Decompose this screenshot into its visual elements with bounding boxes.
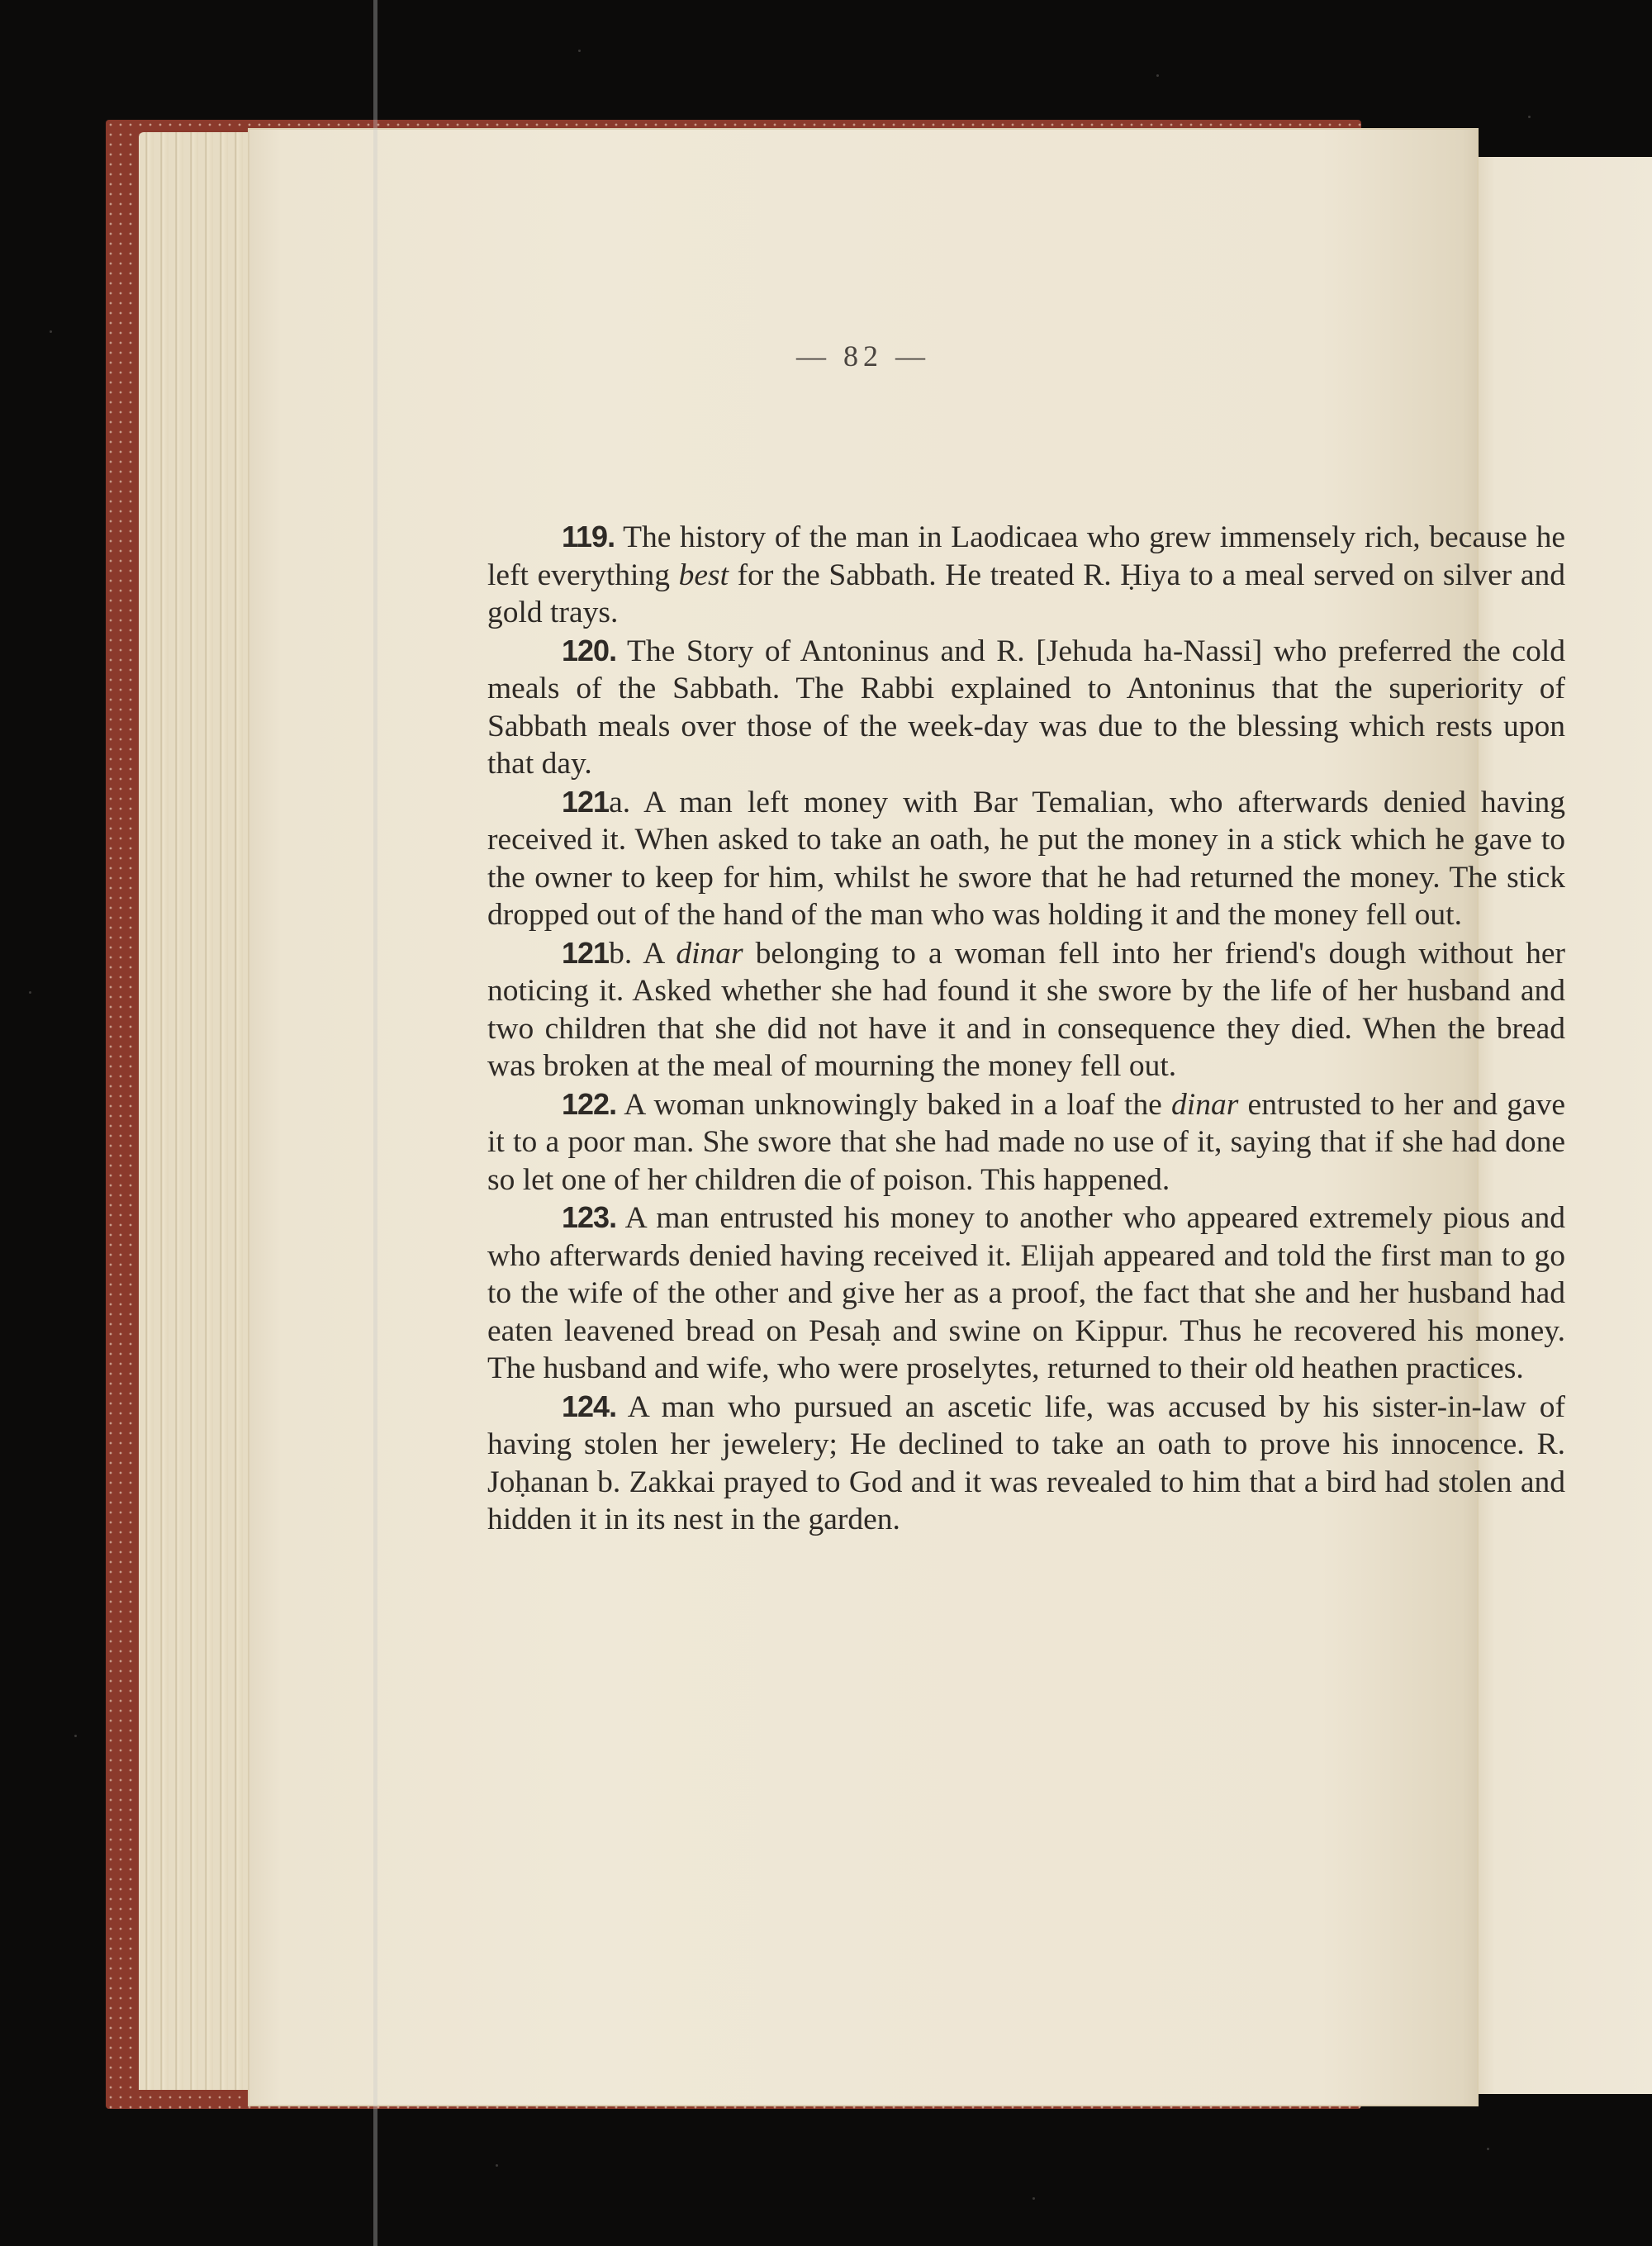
entry-122: 122. A woman unknowingly baked in a loaf… — [487, 1085, 1565, 1199]
italic-term: dinar — [676, 937, 743, 971]
entry-119: 119. The history of the man in Laodicaea… — [487, 518, 1565, 632]
entry-121b: 121b. A dinar belonging to a woman fell … — [487, 934, 1565, 1085]
entry-number: 119. — [562, 520, 615, 553]
page-edges — [139, 132, 254, 2090]
entry-120: 120. The Story of Antoninus and R. [Jehu… — [487, 632, 1565, 783]
entry-number: 123. — [562, 1200, 616, 1234]
entry-number: 122. — [562, 1087, 616, 1121]
entry-text: A man left money with Bar Temalian, who … — [487, 786, 1565, 933]
scan-artifact-line — [373, 0, 377, 2246]
entry-suffix: b. — [609, 937, 632, 971]
italic-term: dinar — [1171, 1088, 1238, 1122]
entry-text: A man entrusted his money to another who… — [487, 1201, 1565, 1385]
entry-number: 120. — [562, 634, 616, 667]
entry-text: A man who pursued an ascetic life, was a… — [487, 1390, 1565, 1537]
page-number: — 82 — — [248, 339, 1479, 373]
entry-121a: 121a. A man left money with Bar Temalian… — [487, 783, 1565, 934]
entry-text: The Story of Antoninus and R. [Jehuda ha… — [487, 634, 1565, 781]
entry-123: 123. A man entrusted his money to anothe… — [487, 1199, 1565, 1388]
entry-text: A — [632, 937, 676, 971]
book-page: — 82 — 119. The history of the man in La… — [248, 128, 1479, 2106]
entry-suffix: a. — [609, 786, 630, 819]
italic-term: best — [679, 558, 729, 592]
entry-124: 124. A man who pursued an ascetic life, … — [487, 1388, 1565, 1539]
entry-number: 124. — [562, 1389, 616, 1423]
entry-number: 121 — [562, 785, 609, 819]
entry-text: A woman unknowingly baked in a loaf the — [616, 1088, 1171, 1122]
entry-number: 121 — [562, 936, 609, 970]
page-text: 119. The history of the man in Laodicaea… — [487, 518, 1565, 1539]
